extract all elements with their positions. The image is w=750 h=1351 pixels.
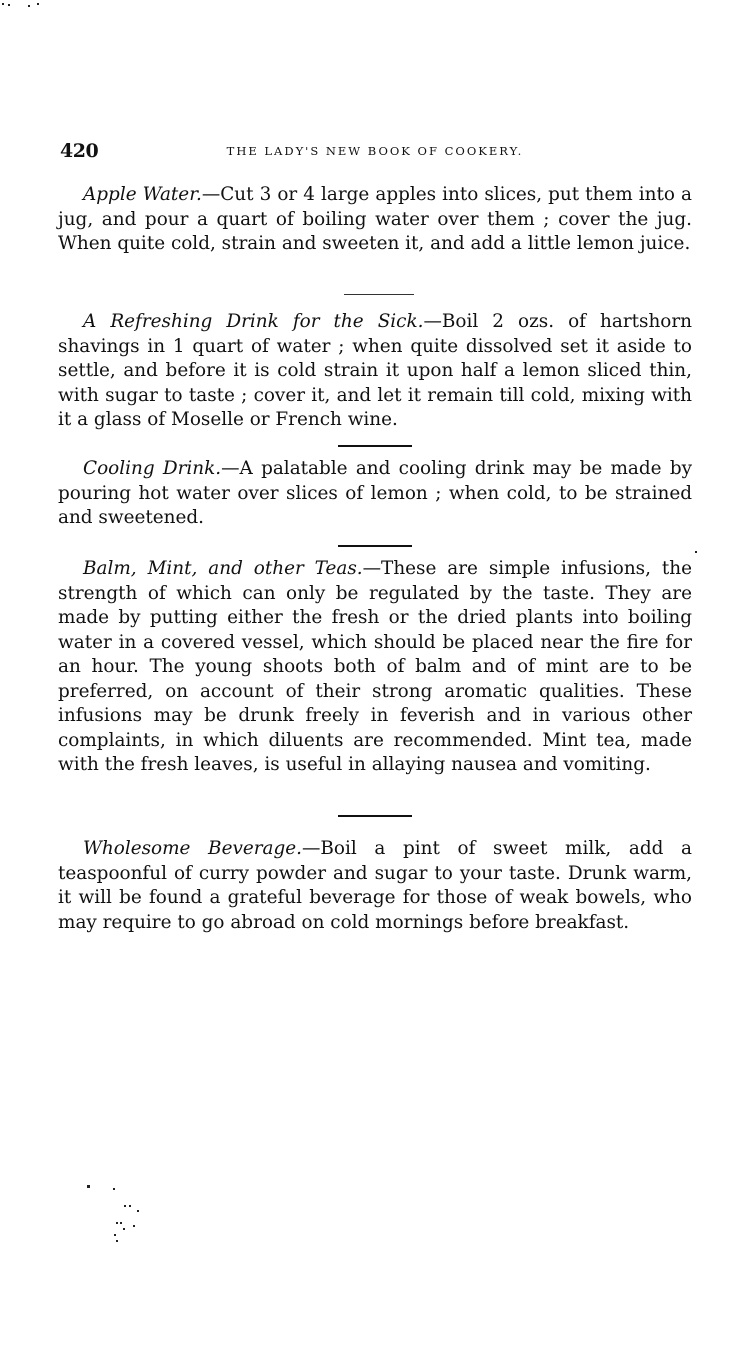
section-divider bbox=[344, 294, 414, 295]
scan-speck bbox=[129, 1205, 131, 1207]
recipe-body: —These are simple infusions, the strengt… bbox=[58, 558, 692, 775]
recipe-wholesome-beverage: Wholesome Beverage.—Boil a pint of sweet… bbox=[58, 837, 692, 935]
section-divider bbox=[338, 445, 412, 447]
recipe-title: A Refreshing Drink for the Sick. bbox=[83, 311, 423, 332]
recipe-refreshing-drink: A Refreshing Drink for the Sick.—Boil 2 … bbox=[58, 310, 692, 433]
scan-speck bbox=[695, 551, 697, 553]
scan-speck bbox=[120, 1222, 122, 1224]
scan-speck bbox=[113, 1188, 115, 1190]
scan-speck bbox=[87, 1185, 90, 1188]
scan-speck bbox=[8, 4, 10, 6]
scan-speck bbox=[114, 1234, 116, 1236]
scan-speck bbox=[137, 1210, 139, 1212]
recipe-apple-water: Apple Water.—Cut 3 or 4 large apples int… bbox=[58, 183, 692, 257]
scan-speck bbox=[2, 3, 4, 5]
recipe-title: Cooling Drink. bbox=[83, 458, 221, 479]
running-title: THE LADY'S NEW BOOK OF COOKERY. bbox=[60, 144, 690, 158]
scan-speck bbox=[116, 1240, 118, 1242]
scan-speck bbox=[116, 1222, 118, 1224]
scan-speck bbox=[124, 1205, 126, 1207]
scan-speck bbox=[28, 5, 30, 7]
scan-speck bbox=[133, 1225, 135, 1227]
recipe-cooling-drink: Cooling Drink.—A palatable and cooling d… bbox=[58, 457, 692, 531]
book-page: 420 THE LADY'S NEW BOOK OF COOKERY. Appl… bbox=[0, 0, 750, 1351]
recipe-title: Balm, Mint, and other Teas. bbox=[83, 558, 363, 579]
page-header: 420 THE LADY'S NEW BOOK OF COOKERY. bbox=[60, 140, 690, 164]
scan-speck bbox=[123, 1228, 125, 1230]
scan-speck bbox=[37, 3, 39, 5]
recipe-balm-mint-teas: Balm, Mint, and other Teas.—These are si… bbox=[58, 557, 692, 778]
recipe-title: Wholesome Beverage. bbox=[83, 838, 302, 859]
section-divider bbox=[338, 815, 412, 817]
section-divider bbox=[338, 545, 412, 547]
recipe-title: Apple Water. bbox=[83, 184, 202, 205]
